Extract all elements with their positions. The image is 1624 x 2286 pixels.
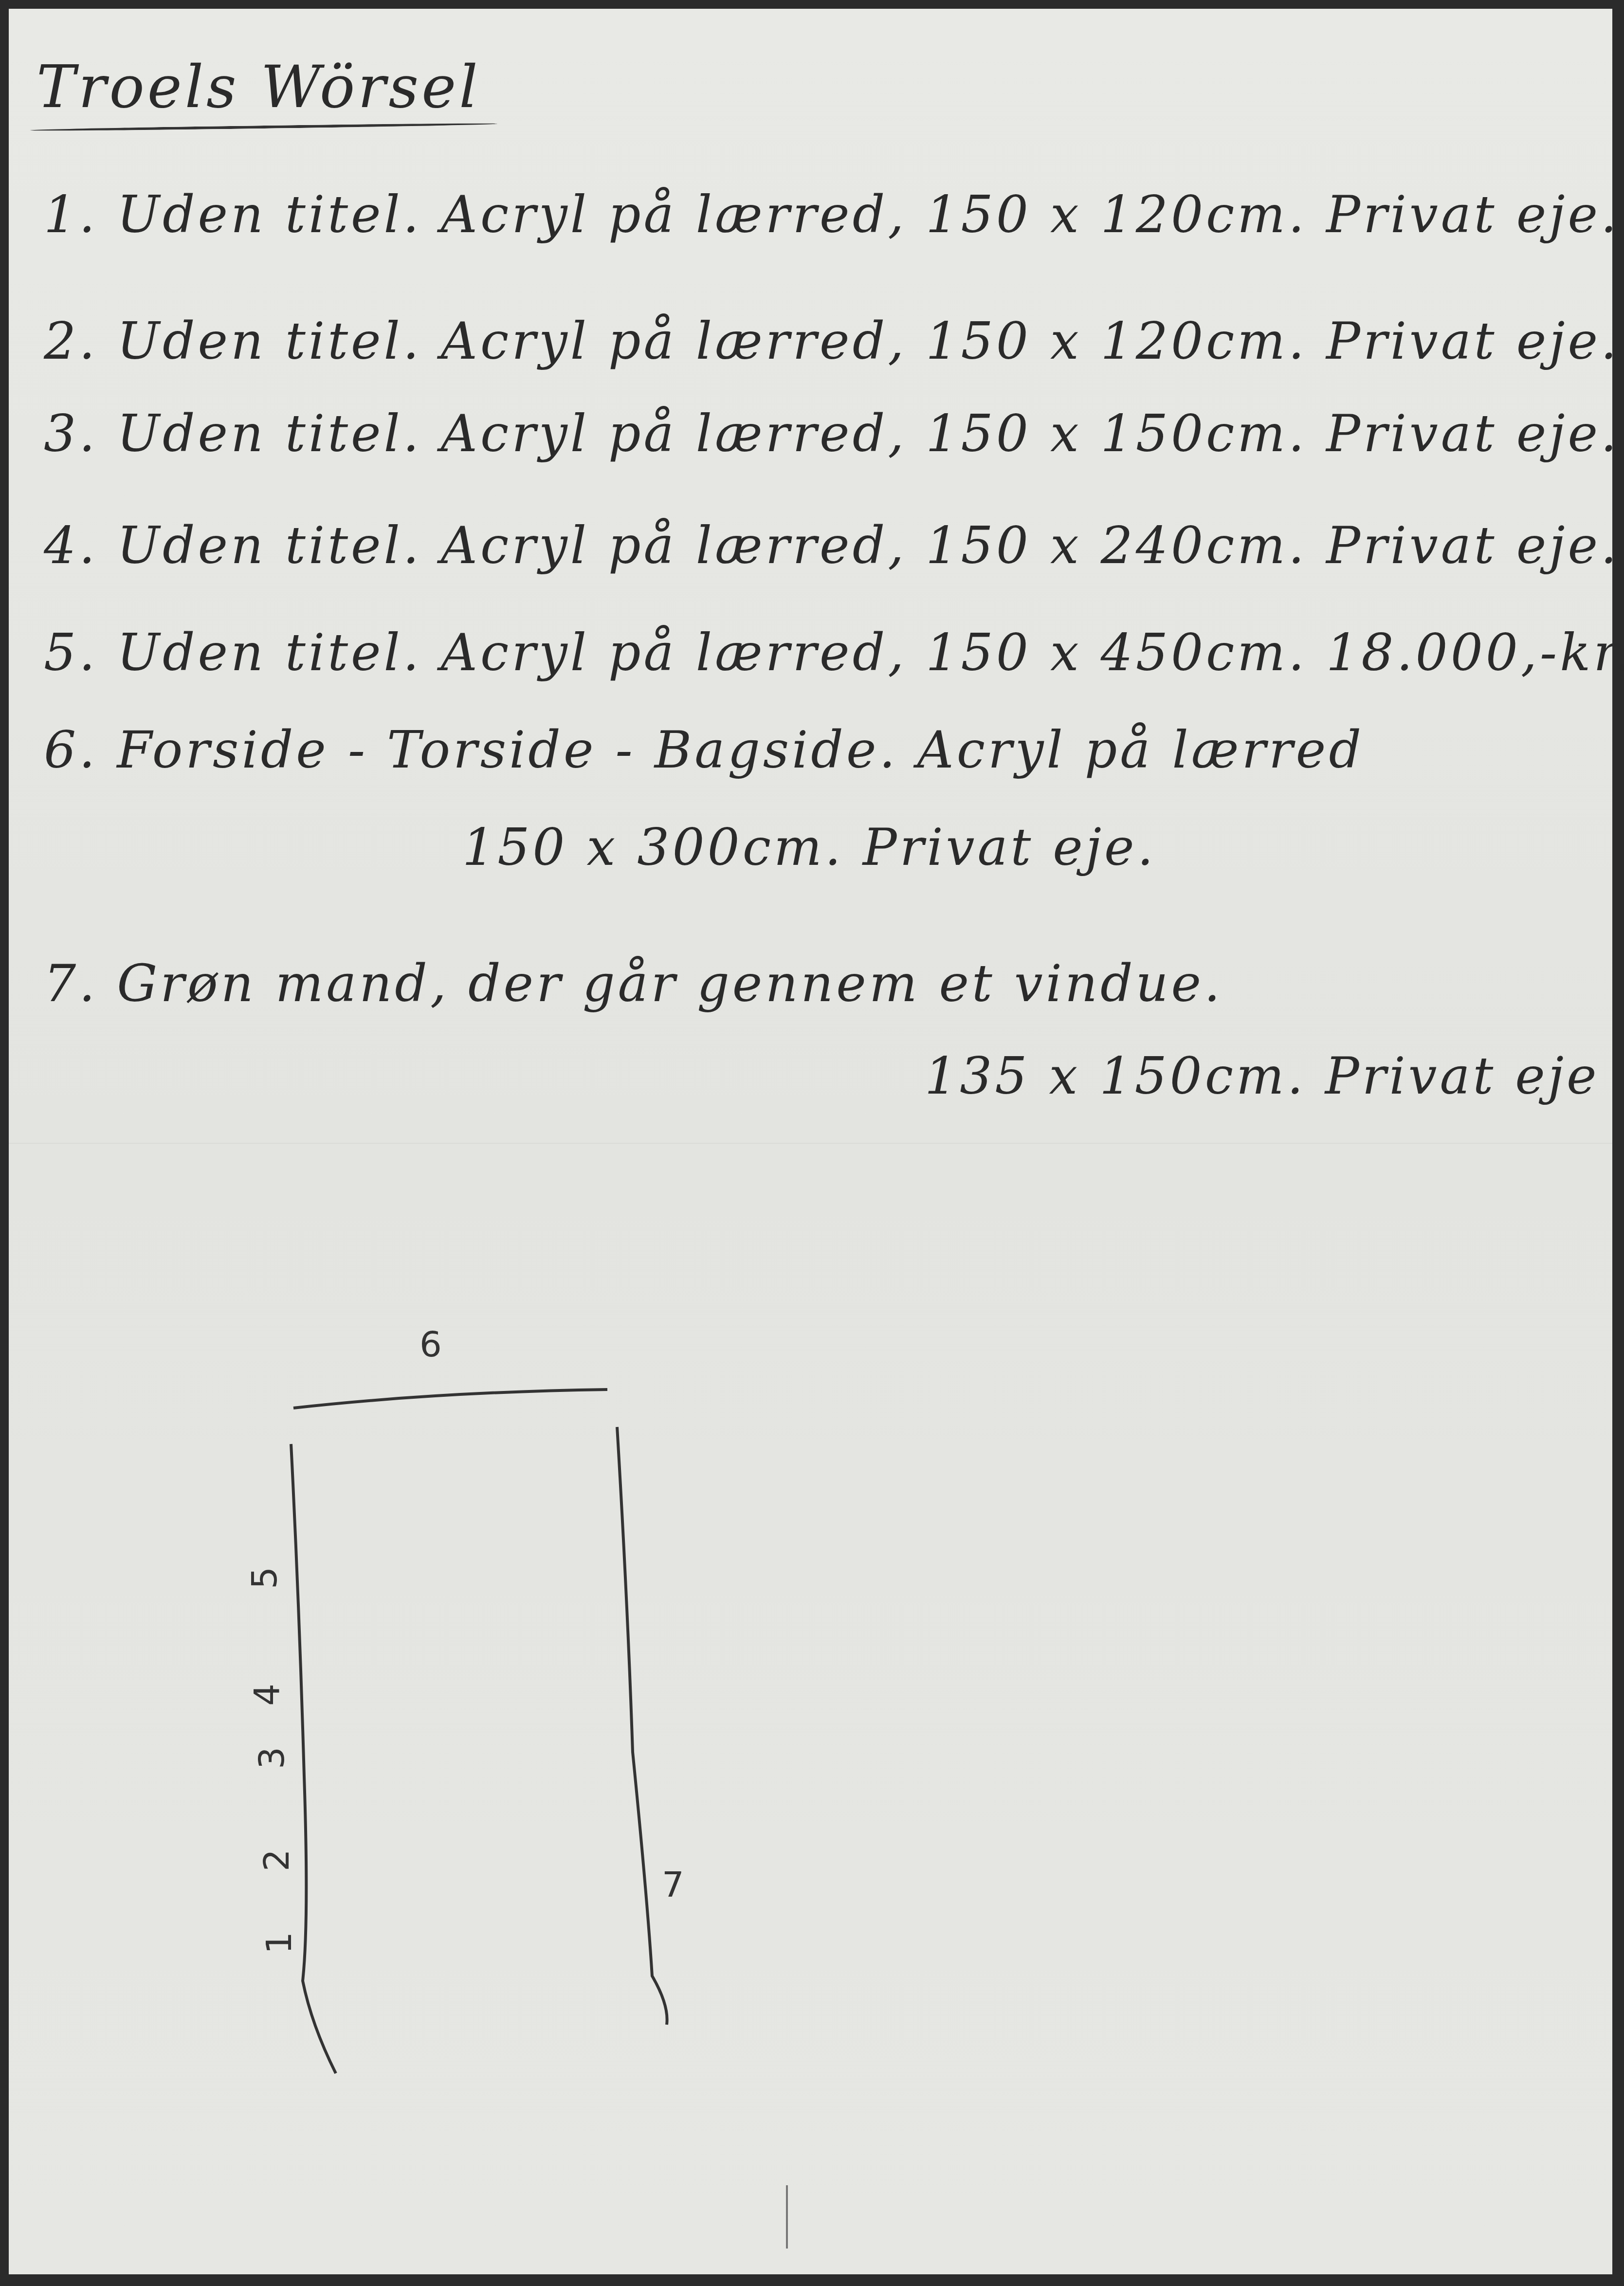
sketch-label-3: 3 (251, 1747, 292, 1769)
pencil-mark (786, 2185, 788, 2249)
entry-6: 6. Forside - Torside - Bagside. Acryl på… (44, 720, 1364, 780)
sketch-label-5: 5 (244, 1567, 285, 1589)
sketch-label-6: 6 (420, 1324, 442, 1365)
entry-4: 4. Uden titel. Acryl på lærred, 150 x 24… (44, 516, 1620, 575)
sketch-label-4: 4 (246, 1683, 287, 1706)
document-title: Troels Wörsel (36, 54, 481, 121)
sketch-label-7: 7 (662, 1864, 684, 1905)
paper-fold (9, 1143, 1612, 1144)
sketch-label-2: 2 (256, 1849, 297, 1871)
entry-2: 2. Uden titel. Acryl på lærred, 150 x 12… (44, 311, 1620, 371)
entry-1: 1. Uden titel. Acryl på lærred, 150 x 12… (44, 185, 1620, 244)
entry-7-continuation: 135 x 150cm. Privat eje (925, 1046, 1600, 1106)
entry-3: 3. Uden titel. Acryl på lærred, 150 x 15… (44, 404, 1620, 463)
sketch-label-1: 1 (258, 1932, 299, 1954)
entry-6-continuation: 150 x 300cm. Privat eje. (462, 818, 1156, 877)
entry-5: 5. Uden titel. Acryl på lærred, 150 x 45… (44, 623, 1624, 682)
entry-7: 7. Grøn mand, der går gennem et vindue. (44, 954, 1223, 1013)
